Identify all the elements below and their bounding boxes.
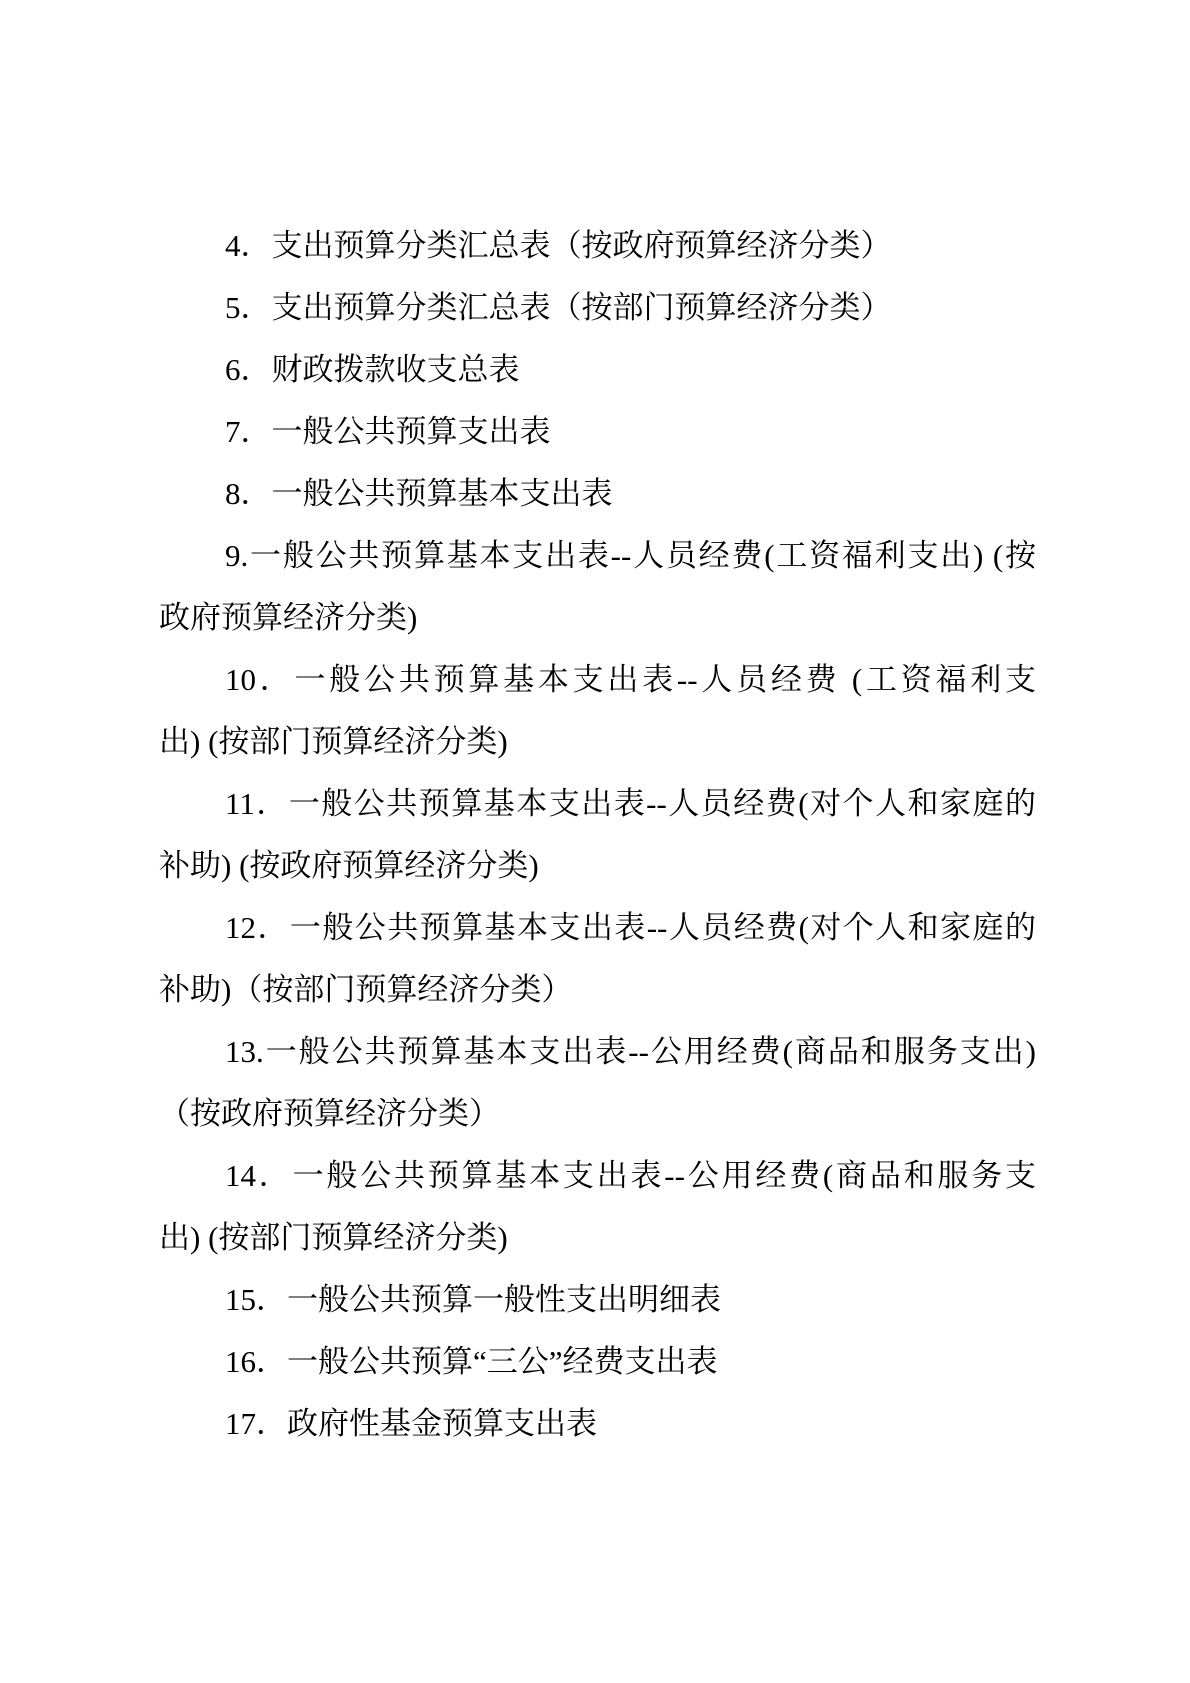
list-item-17: 17．政府性基金预算支出表	[159, 1393, 1036, 1455]
list-item-text-continued: 政府预算经济分类)	[159, 587, 1036, 649]
list-item-12: 12．一般公共预算基本支出表--人员经费(对个人和家庭的 补助)（按部门预算经济…	[159, 897, 1036, 1021]
list-item-text: 9.一般公共预算基本支出表--人员经费(工资福利支出) (按	[159, 525, 1036, 587]
list-item-6: 6．财政拨款收支总表	[159, 339, 1036, 401]
list-item-text-continued: 补助) (按政府预算经济分类)	[159, 835, 1036, 897]
list-item-text-continued: 出) (按部门预算经济分类)	[159, 1207, 1036, 1269]
list-item-14: 14．一般公共预算基本支出表--公用经费(商品和服务支 出) (按部门预算经济分…	[159, 1145, 1036, 1269]
list-item-4: 4．支出预算分类汇总表（按政府预算经济分类）	[159, 215, 1036, 277]
list-item-text: 4．支出预算分类汇总表（按政府预算经济分类）	[159, 215, 1036, 277]
list-item-text-continued: （按政府预算经济分类）	[159, 1083, 1036, 1145]
list-item-text: 16．一般公共预算“三公”经费支出表	[159, 1331, 1036, 1393]
document-page: 4．支出预算分类汇总表（按政府预算经济分类） 5．支出预算分类汇总表（按部门预算…	[159, 215, 1036, 1455]
list-item-5: 5．支出预算分类汇总表（按部门预算经济分类）	[159, 277, 1036, 339]
list-item-text: 5．支出预算分类汇总表（按部门预算经济分类）	[159, 277, 1036, 339]
list-item-text-continued: 出) (按部门预算经济分类)	[159, 711, 1036, 773]
list-item-8: 8．一般公共预算基本支出表	[159, 463, 1036, 525]
list-item-text: 7．一般公共预算支出表	[159, 401, 1036, 463]
list-item-16: 16．一般公共预算“三公”经费支出表	[159, 1331, 1036, 1393]
list-item-text: 6．财政拨款收支总表	[159, 339, 1036, 401]
list-item-text: 12．一般公共预算基本支出表--人员经费(对个人和家庭的	[159, 897, 1036, 959]
list-item-9: 9.一般公共预算基本支出表--人员经费(工资福利支出) (按 政府预算经济分类)	[159, 525, 1036, 649]
list-item-text: 13.一般公共预算基本支出表--公用经费(商品和服务支出)	[159, 1021, 1036, 1083]
list-item-text: 17．政府性基金预算支出表	[159, 1393, 1036, 1455]
list-item-text: 8．一般公共预算基本支出表	[159, 463, 1036, 525]
list-item-10: 10．一般公共预算基本支出表--人员经费 (工资福利支 出) (按部门预算经济分…	[159, 649, 1036, 773]
list-item-13: 13.一般公共预算基本支出表--公用经费(商品和服务支出) （按政府预算经济分类…	[159, 1021, 1036, 1145]
list-item-text: 15．一般公共预算一般性支出明细表	[159, 1269, 1036, 1331]
list-item-text-continued: 补助)（按部门预算经济分类）	[159, 959, 1036, 1021]
list-item-7: 7．一般公共预算支出表	[159, 401, 1036, 463]
list-item-text: 14．一般公共预算基本支出表--公用经费(商品和服务支	[159, 1145, 1036, 1207]
list-item-text: 10．一般公共预算基本支出表--人员经费 (工资福利支	[159, 649, 1036, 711]
list-item-text: 11．一般公共预算基本支出表--人员经费(对个人和家庭的	[159, 773, 1036, 835]
list-item-11: 11．一般公共预算基本支出表--人员经费(对个人和家庭的 补助) (按政府预算经…	[159, 773, 1036, 897]
list-item-15: 15．一般公共预算一般性支出明细表	[159, 1269, 1036, 1331]
